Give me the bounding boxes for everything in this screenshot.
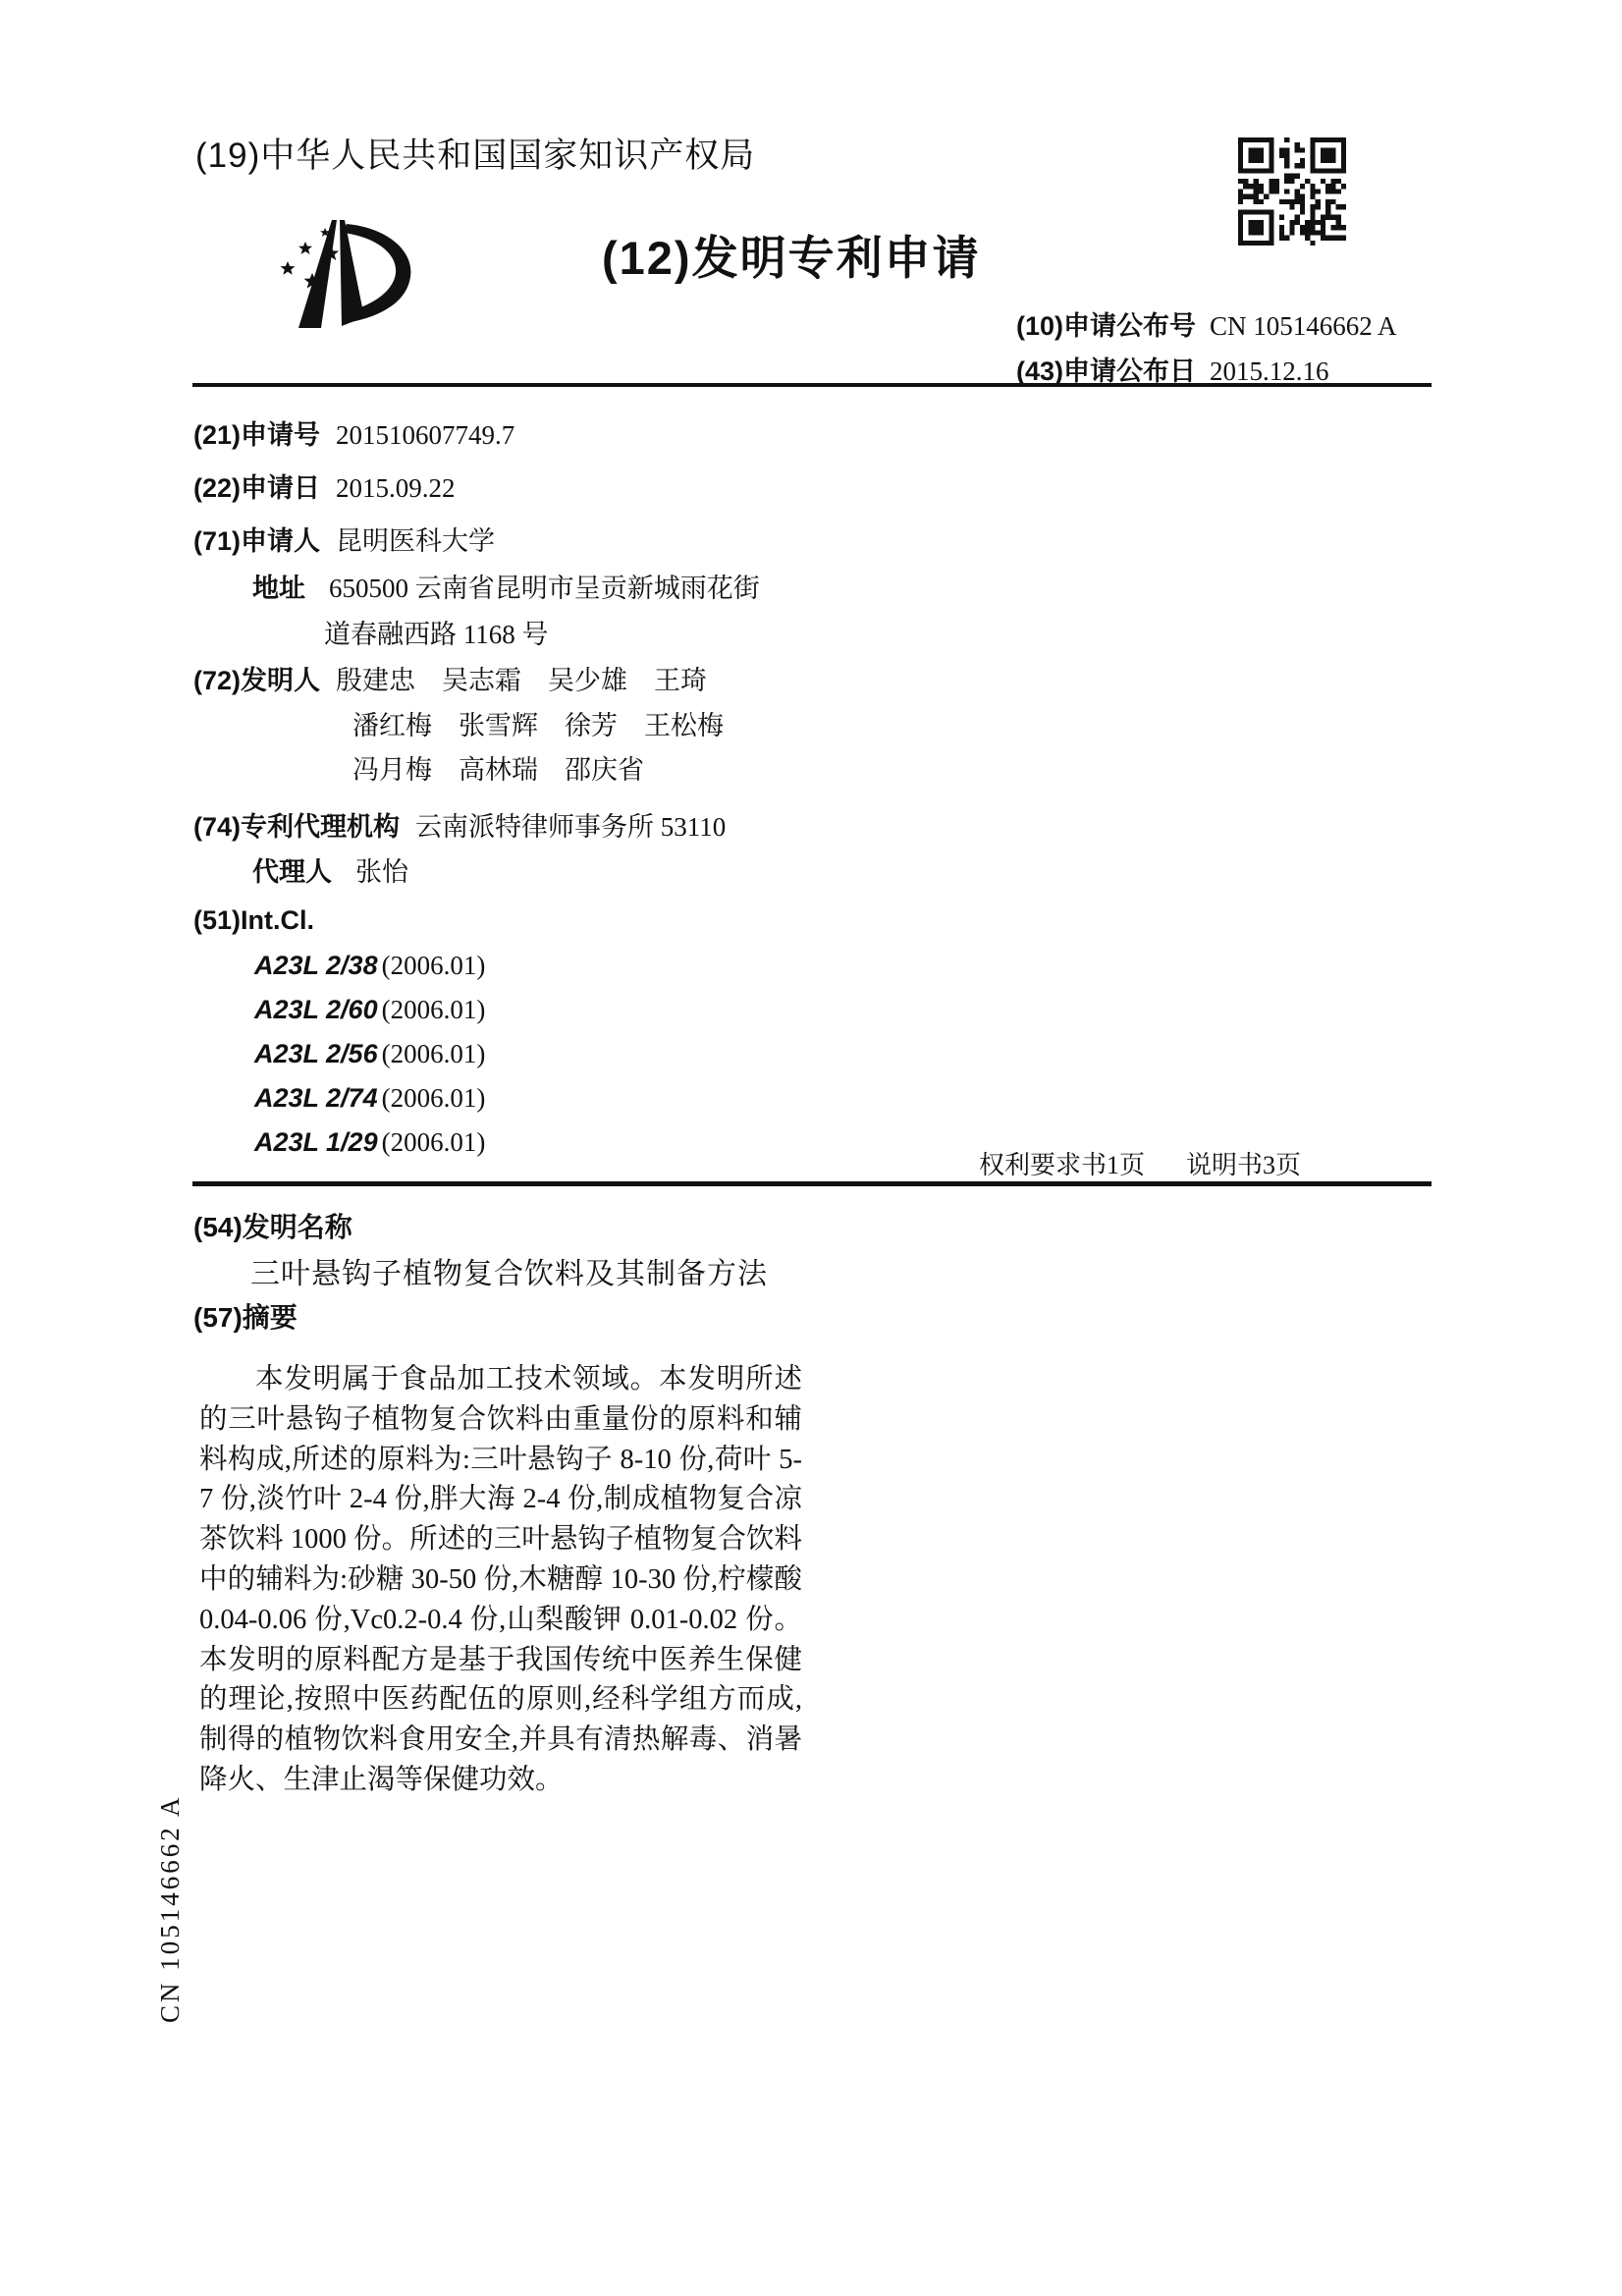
biblio-divider-rule [192,1181,1432,1186]
intcl-version: (2006.01) [382,1083,486,1113]
header-divider-rule [192,383,1432,387]
publication-number-label: (10)申请公布号 [1016,311,1196,341]
issuing-office: (19)中华人民共和国国家知识产权局 [195,129,755,178]
inventors-line3: 冯月梅 高林瑞 邵庆省 [352,748,644,787]
intcl-entry: A23L 2/60(2006.01) [254,995,485,1025]
intcl-code: A23L 2/60 [254,995,378,1024]
intcl-code: A23L 2/74 [254,1083,378,1113]
patent-front-page: (19)中华人民共和国国家知识产权局 (12)发明专利申请 (10)申请公布号C… [0,0,1622,2296]
intcl-entry: A23L 2/38(2006.01) [254,951,485,981]
publication-date-value: 2015.12.16 [1210,356,1329,386]
inventors-line1: 殷建忠 吴志霜 吴少雄 王琦 [336,666,707,695]
inventors-row: (72)发明人殷建忠 吴志霜 吴少雄 王琦 [193,659,707,697]
publication-number-value: CN 105146662 A [1210,311,1397,341]
application-date-value: 2015.09.22 [336,473,456,503]
applicant-address-line2: 道春融西路 1168 号 [324,613,549,651]
qr-code [1237,137,1347,246]
intcl-version: (2006.01) [382,951,486,980]
intcl-version: (2006.01) [382,1127,486,1157]
invention-title: 三叶悬钩子植物复合饮料及其制备方法 [250,1249,768,1292]
applicant-row: (71)申请人昆明医科大学 [193,519,495,558]
agency-label: (74)专利代理机构 [193,812,400,842]
publication-number-row: (10)申请公布号CN 105146662 A [1016,304,1397,343]
agency-value: 云南派特律师事务所 53110 [415,812,726,842]
application-number-label: (21)申请号 [193,420,320,450]
intcl-entry: A23L 1/29(2006.01) [254,1127,485,1158]
intcl-version: (2006.01) [382,1039,486,1068]
address-label: 地址 [252,574,305,603]
description-pages: 说明书3页 [1186,1151,1301,1179]
margin-document-id: CN 105146662 A [155,1794,186,2023]
inventors-label: (72)发明人 [193,666,320,695]
sipo-logo-icon [270,216,417,336]
intcl-entry: A23L 2/74(2006.01) [254,1083,485,1114]
application-date-label: (22)申请日 [193,473,320,503]
publication-date-label: (43)申请公布日 [1016,356,1196,386]
agency-row: (74)专利代理机构云南派特律师事务所 53110 [193,805,726,844]
inventors-line2: 潘红梅 张雪辉 徐芳 王松梅 [352,704,724,742]
application-number-value: 201510607749.7 [336,420,514,450]
claims-pages: 权利要求书1页 [979,1151,1145,1179]
abstract-label: (57)摘要 [193,1296,297,1336]
applicant-label: (71)申请人 [193,526,320,556]
application-date-row: (22)申请日2015.09.22 [193,466,456,505]
intcl-label: (51)Int.Cl. [193,905,314,936]
intcl-code: A23L 1/29 [254,1127,378,1157]
document-type-title: (12)发明专利申请 [602,222,981,288]
applicant-address-row: 地址650500 云南省昆明市呈贡新城雨花街 [252,567,760,605]
abstract-text: 本发明属于食品加工技术领域。本发明所述的三叶悬钩子植物复合饮料由重量份的原料和辅… [199,1360,802,1801]
address-line1: 650500 云南省昆明市呈贡新城雨花街 [329,574,760,603]
intcl-code: A23L 2/56 [254,1039,378,1068]
agent-value: 张怡 [355,857,408,887]
application-number-row: (21)申请号201510607749.7 [193,413,514,452]
applicant-value: 昆明医科大学 [336,526,495,556]
pages-info: 权利要求书1页说明书3页 [979,1145,1301,1181]
agent-label: 代理人 [252,857,332,887]
intcl-entry: A23L 2/56(2006.01) [254,1039,485,1069]
invention-title-label: (54)发明名称 [193,1206,352,1245]
agent-row: 代理人张怡 [252,850,408,889]
intcl-version: (2006.01) [382,995,486,1024]
intcl-code: A23L 2/38 [254,951,378,980]
